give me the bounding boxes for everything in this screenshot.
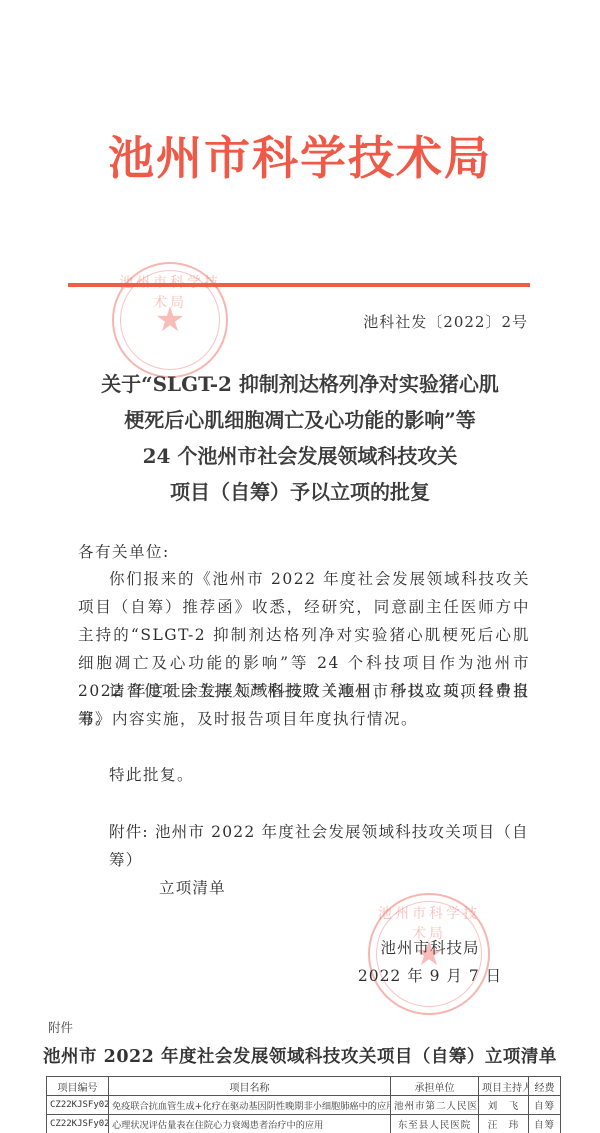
column-header-project-name: 项目名称 — [109, 1077, 391, 1096]
salutation: 各有关单位: — [78, 538, 530, 566]
cell-project-code: CZ22KJSFy023 — [47, 1115, 109, 1133]
masthead-title: 池州市科学技术局 — [0, 128, 600, 188]
cell-leader: 汪 玮 — [479, 1115, 529, 1133]
table-row: CZ22KJSFy023 心理状况评估量表在住院心力衰竭患者治疗中的应用 东至县… — [47, 1115, 561, 1133]
cell-project-name: 免疫联合抗血管生成+化疗在驱动基因阴性晚期非小细胞肺癌中的应用 — [109, 1096, 391, 1115]
attachment-line: 附件: 池州市 2022 年度社会发展领域科技攻关项目（自筹） — [109, 818, 539, 874]
cell-project-code: CZ22KJSFy022 — [47, 1096, 109, 1115]
cell-project-name: 心理状况评估量表在住院心力衰竭患者治疗中的应用 — [109, 1115, 391, 1133]
title-line: 梗死后心肌细胞凋亡及心功能的影响”等 — [40, 402, 560, 438]
cell-organization: 东至县人民医院 — [391, 1115, 479, 1133]
document-number: 池科社发〔2022〕2号 — [363, 311, 528, 332]
column-header-funding: 经费 — [529, 1077, 561, 1096]
title-line: 关于“SLGT-2 抑制剂达格列净对实验猪心肌 — [40, 366, 560, 402]
table-row: CZ22KJSFy022 免疫联合抗血管生成+化疗在驱动基因阴性晚期非小细胞肺癌… — [47, 1096, 561, 1115]
official-seal-top: 池州市科学技术局 ★ — [112, 262, 228, 378]
cell-leader: 刘 飞 — [479, 1096, 529, 1115]
column-header-leader: 项目主持人 — [479, 1077, 529, 1096]
signature-org: 池州市科技局 — [340, 934, 520, 962]
body-paragraph-closing: 特此批复。 — [109, 761, 529, 789]
signature-block: 池州市科技局 2022 年 9 月 7 日 — [340, 934, 520, 990]
column-header-organization: 承担单位 — [391, 1077, 479, 1096]
seal-star-icon: ★ — [155, 303, 185, 337]
appendix-label: 附件 — [48, 1018, 73, 1036]
project-list-table: 项目编号 项目名称 承担单位 项目主持人 经费 CZ22KJSFy022 免疫联… — [46, 1076, 561, 1133]
cell-organization: 池州市第二人民医院 — [391, 1096, 479, 1115]
cell-funding: 自筹 — [529, 1115, 561, 1133]
cell-funding: 自筹 — [529, 1096, 561, 1115]
document-title: 关于“SLGT-2 抑制剂达格列净对实验猪心肌 梗死后心肌细胞凋亡及心功能的影响… — [40, 366, 560, 510]
signature-date: 2022 年 9 月 7 日 — [340, 962, 520, 990]
appendix-title: 池州市 2022 年度社会发展领域科技攻关项目（自筹）立项清单 — [0, 1043, 600, 1068]
attachment-note: 附件: 池州市 2022 年度社会发展领域科技攻关项目（自筹） 立项清单 — [109, 818, 539, 902]
attachment-line: 立项清单 — [109, 874, 539, 902]
title-line: 24 个池州市社会发展领域科技攻关 — [40, 438, 560, 474]
body-paragraph-2: 请督促项目主持人严格按照《池州市科技攻关项目申报书》内容实施，及时报告项目年度执… — [78, 677, 530, 733]
column-header-project-code: 项目编号 — [47, 1077, 109, 1096]
table-header-row: 项目编号 项目名称 承担单位 项目主持人 经费 — [47, 1077, 561, 1096]
title-line: 项目（自筹）予以立项的批复 — [40, 474, 560, 510]
